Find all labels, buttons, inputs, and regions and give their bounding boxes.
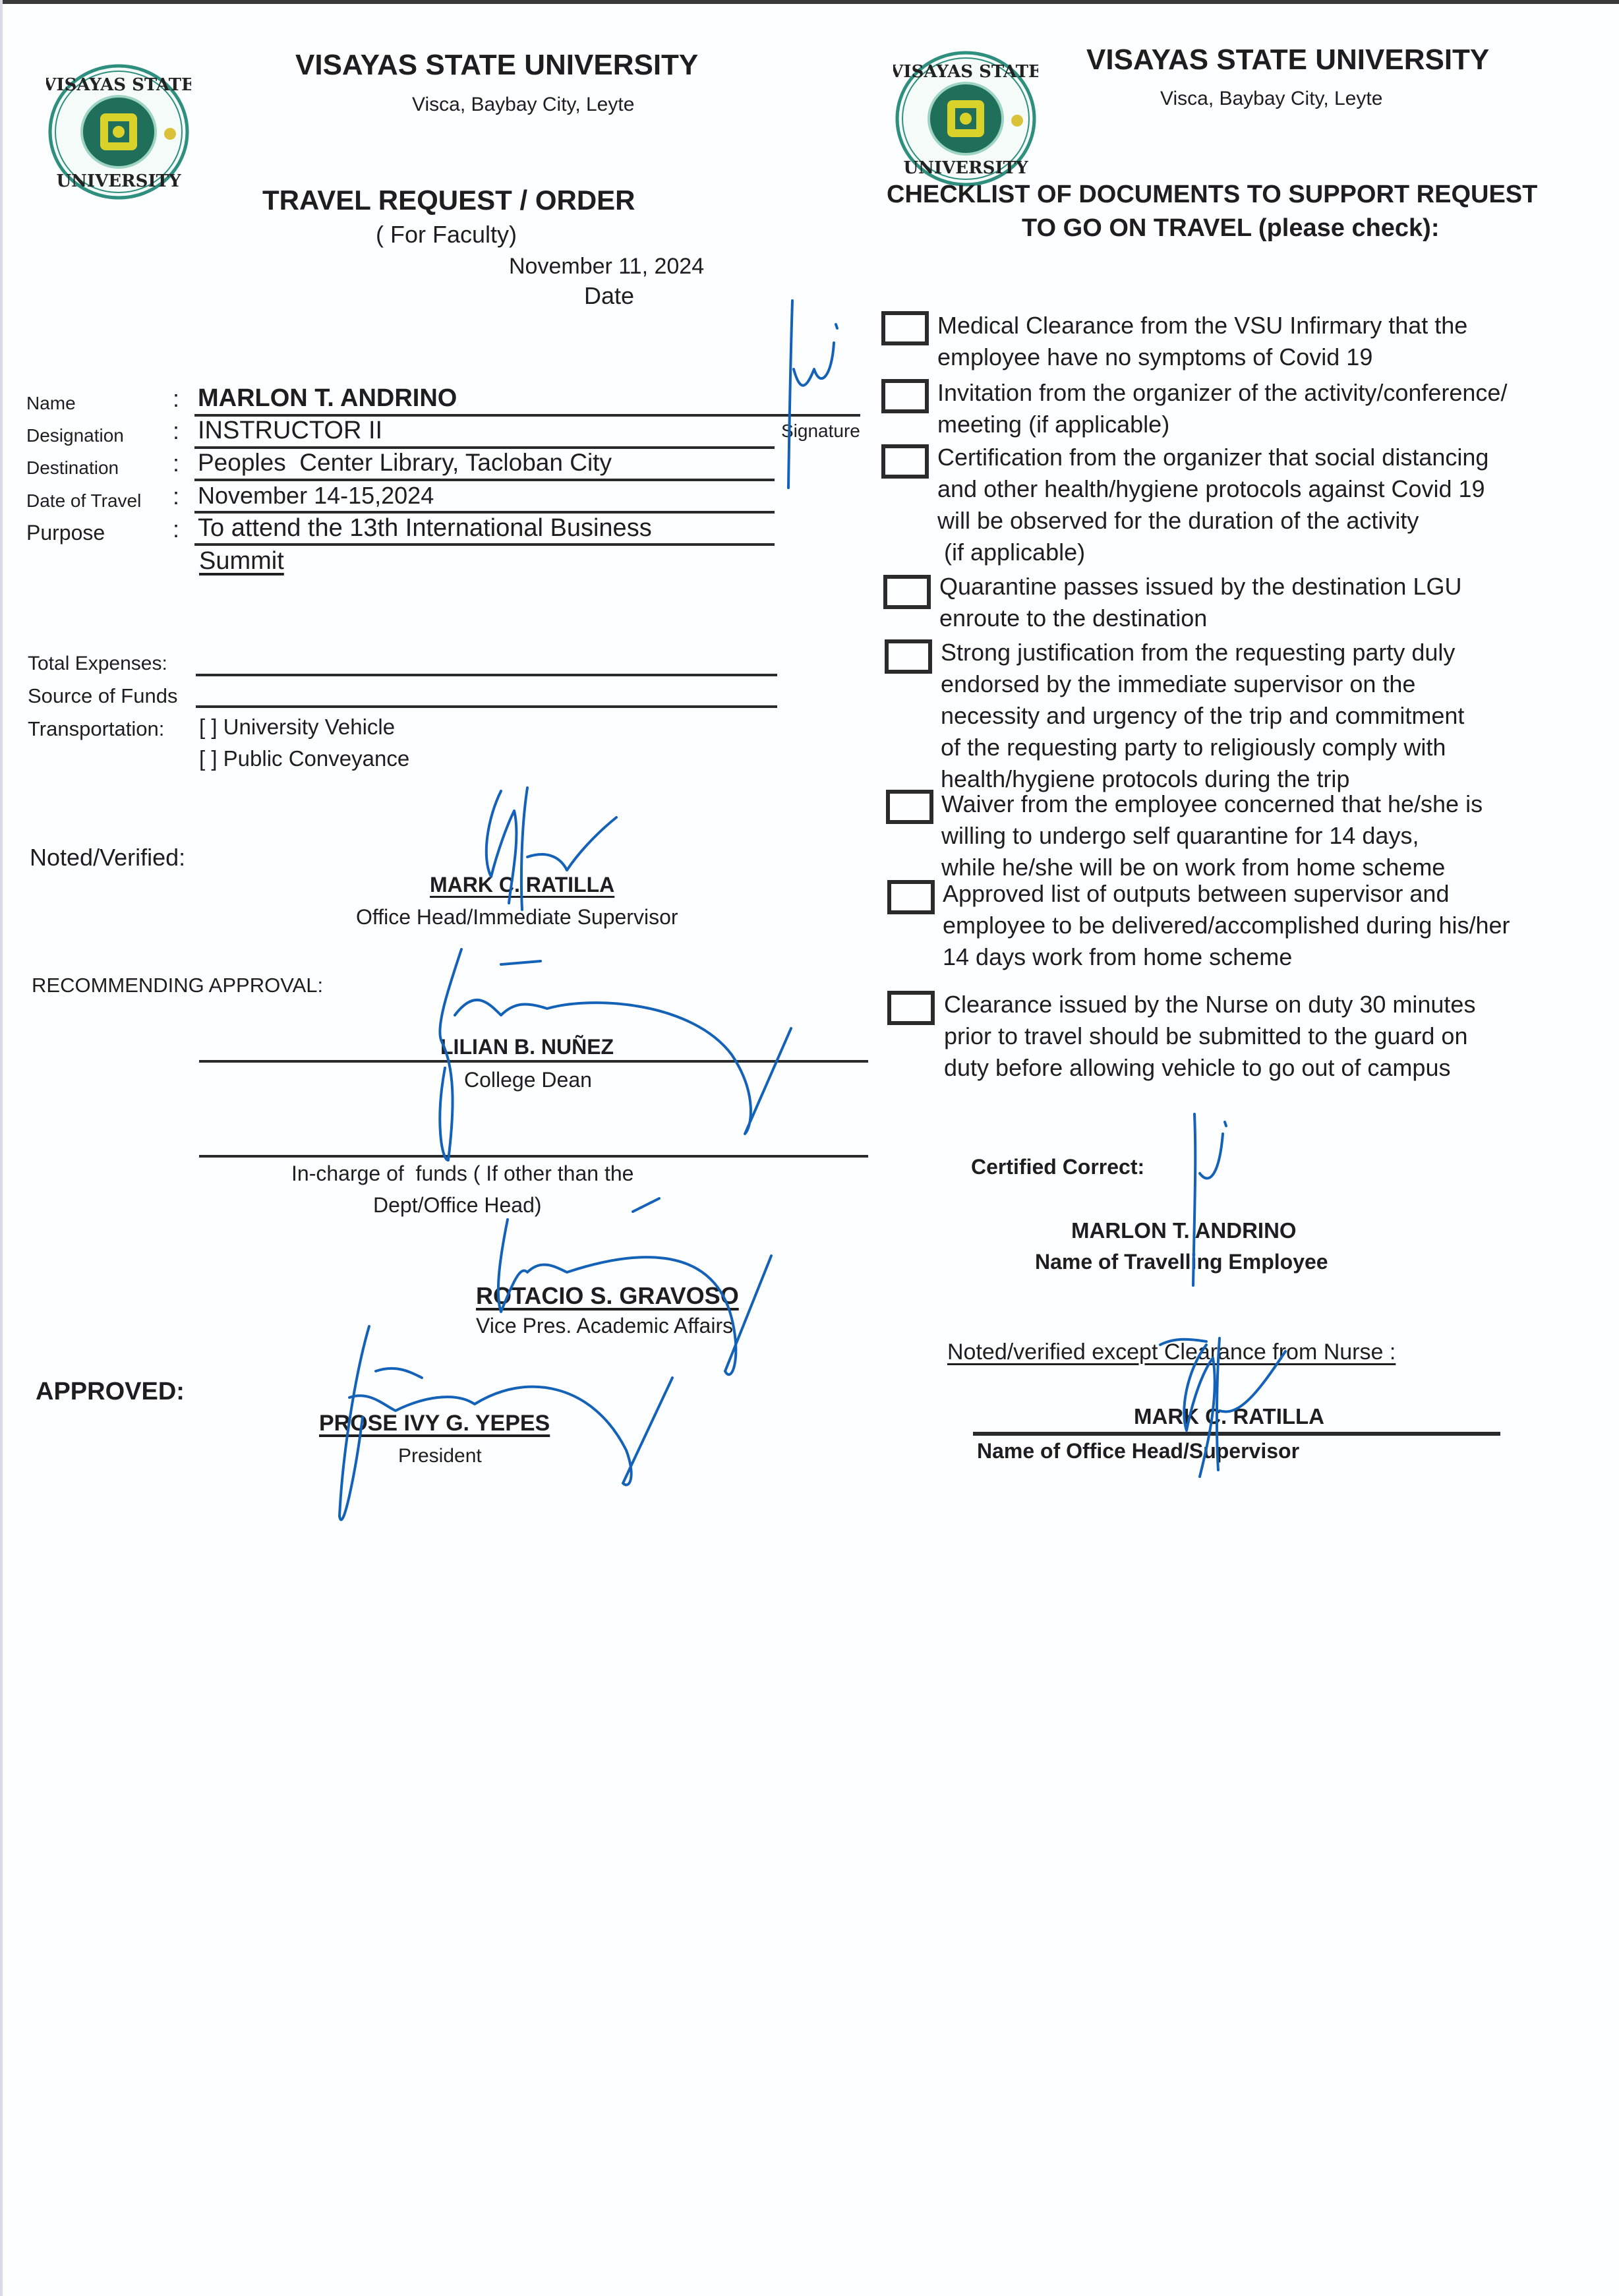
destination-field[interactable]: Peoples Center Library, Tacloban City [198, 449, 612, 477]
colon: : [173, 483, 179, 510]
total-expenses-label: Total Expenses: [28, 653, 167, 675]
checklist-title-line1: CHECKLIST OF DOCUMENTS TO SUPPORT REQUES… [887, 181, 1537, 209]
checklist-title-line2: TO GO ON TRAVEL (please check): [1022, 214, 1440, 243]
svg-text:UNIVERSITY: UNIVERSITY [903, 158, 1028, 178]
source-of-funds-label: Source of Funds [28, 684, 177, 708]
supervisor-name: MARK C. RATILLA [430, 873, 614, 897]
checklist-item-line: Medical Clearance from the VSU Infirmary… [937, 310, 1467, 341]
date-of-travel-underline [194, 511, 775, 514]
travelling-employee-caption: Name of Travelling Employee [1035, 1250, 1328, 1274]
checklist-item-line: employee have no symptoms of Covid 19 [937, 341, 1467, 373]
funds-incharge-caption-line2: Dept/Office Head) [373, 1193, 542, 1218]
checklist-item-line: Certification from the organizer that so… [937, 442, 1488, 473]
purpose-label: Purpose [26, 521, 105, 545]
checklist-item-line: employee to be delivered/accomplished du… [943, 910, 1510, 941]
total-expenses-field[interactable] [196, 674, 777, 676]
university-name: VISAYAS STATE UNIVERSITY [295, 49, 698, 82]
checklist-item: Approved list of outputs between supervi… [943, 878, 1510, 973]
checkbox-approved-outputs[interactable] [887, 880, 935, 914]
checkbox-nurse-clearance[interactable] [887, 991, 935, 1025]
office-head-name: MARK C. RATILLA [1134, 1404, 1324, 1429]
office-head-signature-line [973, 1432, 1500, 1436]
designation-label: Designation [26, 425, 124, 446]
university-address: Visca, Baybay City, Leyte [1160, 88, 1382, 110]
checklist-item-line: (if applicable) [937, 537, 1488, 568]
noted-except-nurse-label: Noted/verified except Clearance from Nur… [947, 1339, 1396, 1365]
funds-signature-line [199, 1155, 868, 1158]
checklist-item-line: Strong justification from the requesting… [941, 637, 1464, 668]
checklist-item-line: Quarantine passes issued by the destinat… [939, 571, 1461, 603]
purpose-underline [194, 543, 775, 546]
vp-name: ROTACIO S. GRAVOSO [476, 1282, 739, 1310]
noted-verified-label: Noted/Verified: [30, 844, 185, 871]
supervisor-title: Office Head/Immediate Supervisor [356, 905, 678, 929]
checklist-item-line: meeting (if applicable) [937, 409, 1507, 440]
designation-field[interactable]: INSTRUCTOR II [198, 417, 382, 445]
transport-option-public-conveyance[interactable]: [ ] Public Conveyance [199, 746, 409, 771]
checkbox-quarantine-passes[interactable] [883, 575, 931, 609]
recommending-approval-label: RECOMMENDING APPROVAL: [32, 974, 323, 997]
checklist-item: Clearance issued by the Nurse on duty 30… [944, 989, 1475, 1084]
signature-label: Signature [781, 421, 860, 442]
scan-top-edge [0, 0, 1619, 4]
checkbox-strong-justification[interactable] [885, 639, 932, 674]
checklist-item: Invitation from the organizer of the act… [937, 377, 1507, 440]
date-of-travel-label: Date of Travel [26, 490, 141, 512]
university-seal-icon: VISAYAS STATE UNIVERSITY [893, 49, 1038, 188]
checklist-item-line: will be observed for the duration of the… [937, 505, 1488, 537]
transportation-label: Transportation: [28, 717, 164, 741]
svg-text:VISAYAS STATE: VISAYAS STATE [46, 75, 191, 95]
checklist-item-line: enroute to the destination [939, 603, 1461, 634]
request-date: November 11, 2024 [509, 254, 704, 280]
checklist-item: Quarantine passes issued by the destinat… [939, 571, 1461, 634]
dean-title: College Dean [464, 1068, 592, 1092]
checkbox-medical-clearance[interactable] [881, 311, 929, 345]
svg-text:VISAYAS STATE: VISAYAS STATE [893, 62, 1038, 82]
checklist-item-line: Clearance issued by the Nurse on duty 30… [944, 989, 1475, 1020]
destination-label: Destination [26, 457, 119, 479]
approved-label: APPROVED: [36, 1378, 185, 1406]
office-head-caption: Name of Office Head/Supervisor [977, 1439, 1299, 1463]
vp-title: Vice Pres. Academic Affairs [476, 1314, 733, 1338]
checklist-item-line: of the requesting party to religiously c… [941, 732, 1464, 763]
date-of-travel-field[interactable]: November 14-15,2024 [198, 482, 434, 510]
checklist-item-line: Waiver from the employee concerned that … [941, 788, 1483, 820]
checklist-item-line: and other health/hygiene protocols again… [937, 473, 1488, 505]
form-subtitle: ( For Faculty) [376, 221, 517, 249]
svg-text:UNIVERSITY: UNIVERSITY [56, 171, 181, 191]
dean-signature-line [199, 1060, 868, 1063]
checklist-item: Medical Clearance from the VSU Infirmary… [937, 310, 1467, 373]
colon: : [173, 515, 179, 543]
applicant-signature [788, 301, 837, 488]
travelling-employee-name: MARLON T. ANDRINO [1071, 1218, 1297, 1243]
date-label: Date [584, 282, 634, 310]
checkbox-certification[interactable] [881, 444, 929, 479]
checkbox-invitation[interactable] [881, 379, 929, 413]
purpose-field-line2[interactable]: Summit [199, 547, 284, 575]
checklist-item: Certification from the organizer that so… [937, 442, 1488, 568]
checklist-item-line: willing to undergo self quarantine for 1… [941, 820, 1483, 852]
university-address: Visca, Baybay City, Leyte [412, 94, 634, 116]
checklist-item-line: Invitation from the organizer of the act… [937, 377, 1507, 409]
name-label: Name [26, 393, 76, 414]
purpose-field-line1[interactable]: To attend the 13th International Busines… [198, 514, 652, 543]
colon: : [173, 450, 179, 477]
checklist-item-line: prior to travel should be submitted to t… [944, 1020, 1475, 1052]
funds-incharge-caption-line1: In-charge of funds ( If other than the [291, 1162, 633, 1186]
checklist-item: Strong justification from the requesting… [941, 637, 1464, 795]
name-field[interactable]: MARLON T. ANDRINO [198, 384, 457, 413]
university-name: VISAYAS STATE UNIVERSITY [1086, 44, 1489, 76]
president-name: PROSE IVY G. YEPES [319, 1411, 550, 1436]
colon: : [173, 385, 179, 413]
destination-underline [194, 479, 775, 481]
checkbox-waiver[interactable] [886, 790, 933, 824]
dean-name: LILIAN B. NUÑEZ [440, 1035, 614, 1059]
source-of-funds-field[interactable] [196, 705, 777, 708]
checklist-item-line: Approved list of outputs between supervi… [943, 878, 1510, 910]
president-title: President [398, 1445, 482, 1467]
checklist-item-line: 14 days work from home scheme [943, 941, 1510, 973]
checklist-item-line: necessity and urgency of the trip and co… [941, 700, 1464, 732]
colon: : [173, 417, 179, 445]
checklist-item-line: duty before allowing vehicle to go out o… [944, 1052, 1475, 1084]
checklist-item-line: endorsed by the immediate supervisor on … [941, 668, 1464, 700]
checklist-item: Waiver from the employee concerned that … [941, 788, 1483, 883]
certified-correct-label: Certified Correct: [971, 1155, 1144, 1179]
form-title: TRAVEL REQUEST / ORDER [262, 185, 635, 216]
transport-option-university-vehicle[interactable]: [ ] University Vehicle [199, 715, 395, 740]
scan-left-edge [0, 0, 3, 2296]
university-seal-icon: VISAYAS STATE UNIVERSITY [46, 63, 191, 201]
